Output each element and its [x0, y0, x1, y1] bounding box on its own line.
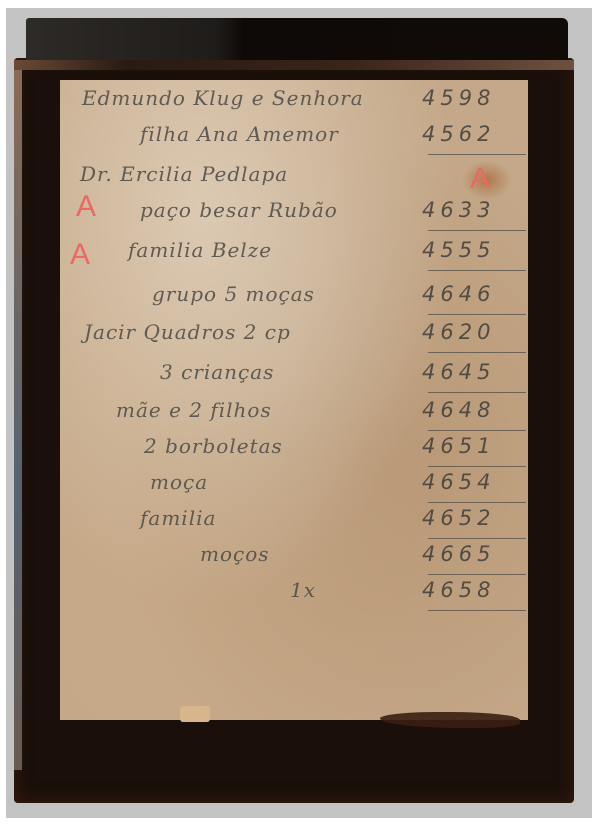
box-side	[14, 70, 22, 770]
entry-label: Dr. Ercilia Pedlapa	[80, 162, 288, 186]
red-mark: A	[70, 238, 90, 272]
entry-number: 4645	[422, 360, 495, 384]
underline	[428, 430, 526, 431]
entry-number: 4598	[422, 86, 495, 110]
underline	[428, 270, 526, 271]
underline	[428, 538, 526, 539]
entry-label: Edmundo Klug e Senhora	[82, 86, 364, 110]
entry-number: 4562	[422, 122, 495, 146]
underline	[428, 154, 526, 155]
entry-label: familia	[140, 506, 216, 530]
underline	[428, 352, 526, 353]
list-item: 1x 4658	[60, 576, 528, 612]
entry-label: grupo 5 moças	[152, 282, 315, 306]
underline	[428, 230, 526, 231]
entry-number: 4633	[422, 198, 495, 222]
list-item: moça 4654	[60, 468, 528, 504]
entry-label: 1x	[290, 578, 316, 602]
entry-label: filha Ana Amemor	[140, 122, 339, 146]
list-item: grupo 5 moças 4646	[60, 280, 528, 316]
entry-number: 4665	[422, 542, 495, 566]
list-item: Edmundo Klug e Senhora 4598	[60, 84, 528, 120]
list-item: moços 4665	[60, 540, 528, 576]
list-item: 2 borboletas 4651	[60, 432, 528, 468]
entry-number: 4651	[422, 434, 495, 458]
underline	[428, 502, 526, 503]
entry-number: 4652	[422, 506, 495, 530]
entry-number: 4555	[422, 238, 495, 262]
entry-number: 4646	[422, 282, 495, 306]
box-lid	[26, 18, 568, 66]
entry-label: 3 crianças	[160, 360, 274, 384]
entry-label: paço besar Rubão	[140, 198, 338, 222]
red-mark: A	[470, 162, 490, 196]
red-mark: A	[76, 190, 96, 224]
list-item: filha Ana Amemor 4562	[60, 120, 528, 156]
list-item: paço besar Rubão 4633	[60, 196, 528, 232]
paper-tear	[180, 706, 210, 722]
underline	[428, 574, 526, 575]
underline	[428, 392, 526, 393]
entry-number: 4648	[422, 398, 495, 422]
entry-label: Jacir Quadros 2 cp	[84, 320, 291, 344]
box-lid-edge	[14, 60, 574, 70]
entry-label: familia Belze	[128, 238, 272, 262]
underline	[428, 314, 526, 315]
entry-number: 4654	[422, 470, 495, 494]
entry-number: 4620	[422, 320, 495, 344]
list-item: Jacir Quadros 2 cp 4620	[60, 318, 528, 354]
list-item: familia Belze 4555	[60, 236, 528, 272]
entry-label: 2 borboletas	[144, 434, 283, 458]
list-item: mãe e 2 filhos 4648	[60, 396, 528, 432]
list-item: Dr. Ercilia Pedlapa	[60, 160, 528, 196]
list-item: familia 4652	[60, 504, 528, 540]
entry-number: 4658	[422, 578, 495, 602]
underline	[428, 466, 526, 467]
entry-label: mãe e 2 filhos	[116, 398, 272, 422]
entry-label: moços	[200, 542, 270, 566]
list-item: 3 crianças 4645	[60, 358, 528, 394]
entry-label: moça	[150, 470, 208, 494]
underline	[428, 610, 526, 611]
